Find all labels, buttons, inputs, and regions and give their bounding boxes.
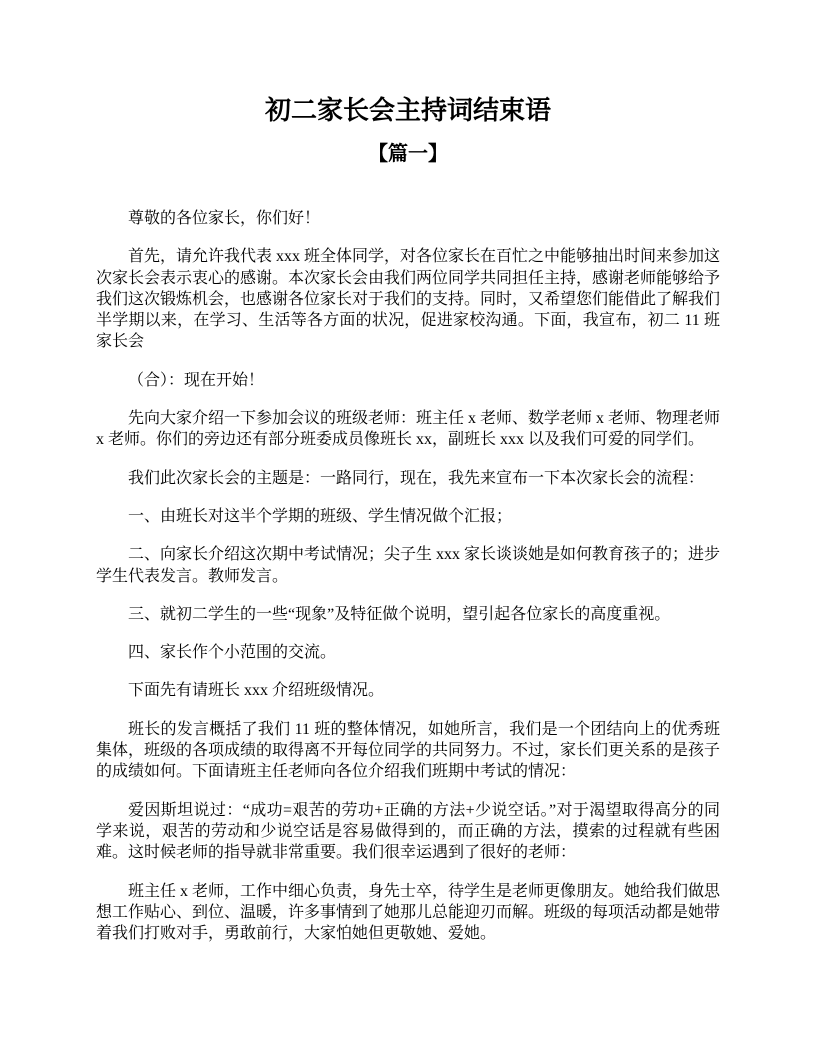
paragraph-theme: 我们此次家长会的主题是：一路同行，现在，我先来宣布一下本次家长会的流程： — [96, 468, 720, 489]
paragraph-agenda-item-3: 三、就初二学生的一些“现象”及特征做个说明，望引起各位家长的高度重视。 — [96, 604, 720, 625]
paragraph-agenda-item-4: 四、家长作个小范围的交流。 — [96, 642, 720, 663]
paragraph-start-announcement: （合）：现在开始！ — [96, 370, 720, 391]
paragraph-monitor-summary: 班长的发言概括了我们 11 班的整体情况，如她所言，我们是一个团结向上的优秀班集… — [96, 719, 720, 783]
paragraph-teacher-introduction: 先向大家介绍一下参加会议的班级老师：班主任 x 老师、数学老师 x 老师、物理老… — [96, 408, 720, 451]
paragraph-invite-monitor: 下面先有请班长 xxx 介绍班级情况。 — [96, 680, 720, 701]
paragraph-agenda-item-1: 一、由班长对这半个学期的班级、学生情况做个汇报； — [96, 506, 720, 527]
document-title: 初二家长会主持词结束语 — [96, 96, 720, 126]
paragraph-einstein-quote: 爱因斯坦说过：“成功=艰苦的劳功+正确的方法+少说空话。”对于渴望取得高分的同学… — [96, 800, 720, 864]
section-label: 【篇一】 — [96, 143, 720, 166]
paragraph-head-teacher-praise: 班主任 x 老师，工作中细心负责，身先士卒，待学生是老师更像朋友。她给我们做思想… — [96, 881, 720, 945]
document-page: 初二家长会主持词结束语 【篇一】 尊敬的各位家长，你们好！ 首先，请允许我代表 … — [0, 0, 816, 1056]
paragraph-opening-thanks: 首先，请允许我代表 xxx 班全体同学，对各位家长在百忙之中能够抽出时间来参加这… — [96, 246, 720, 352]
paragraph-agenda-item-2: 二、向家长介绍这次期中考试情况；尖子生 xxx 家长谈谈她是如何教育孩子的；进步… — [96, 544, 720, 587]
document-body: 尊敬的各位家长，你们好！ 首先，请允许我代表 xxx 班全体同学，对各位家长在百… — [96, 208, 720, 944]
document-content: 初二家长会主持词结束语 【篇一】 尊敬的各位家长，你们好！ 首先，请允许我代表 … — [96, 96, 720, 961]
paragraph-greeting: 尊敬的各位家长，你们好！ — [96, 208, 720, 229]
